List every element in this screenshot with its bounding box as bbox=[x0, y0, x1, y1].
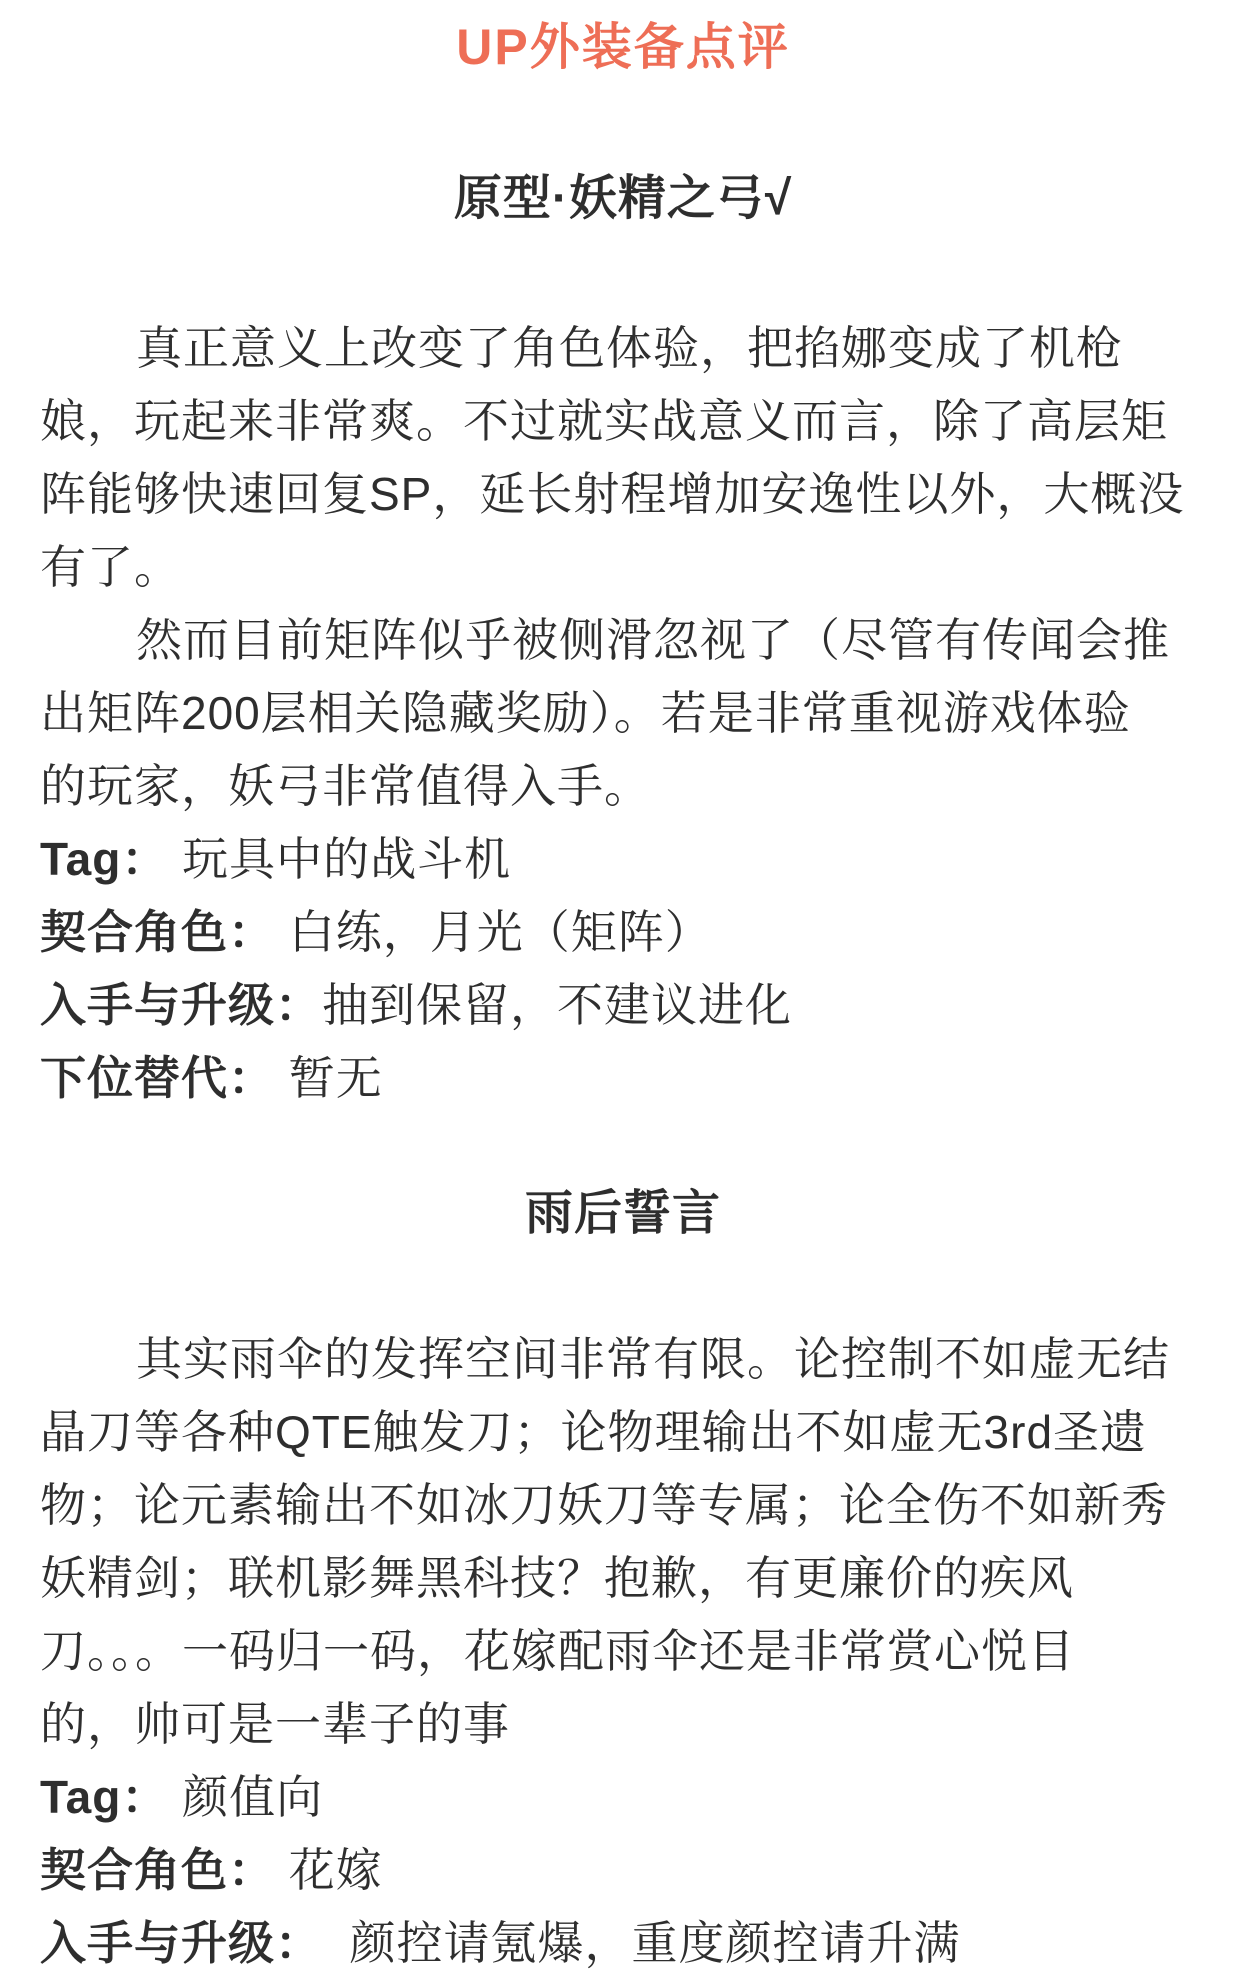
tag-value: 白练，月光（矩阵） bbox=[275, 906, 712, 958]
tag-line: 入手与升级： 颜控请氪爆，重度颜控请升满 bbox=[40, 1907, 1206, 1975]
tag-value: 颜值向 bbox=[168, 1771, 323, 1823]
section-heading: 雨后誓言 bbox=[40, 1185, 1206, 1243]
tag-line: Tag： 玩具中的战斗机 bbox=[40, 823, 1206, 896]
tag-value: 暂无 bbox=[275, 1052, 383, 1104]
tag-line: 下位替代： 暂无 bbox=[40, 1042, 1206, 1115]
section-heading: 原型·妖精之弓√ bbox=[40, 170, 1206, 228]
paragraph-line: 其实雨伞的发挥空间非常有限。论控制不如虚无结 bbox=[40, 1323, 1206, 1396]
tag-label: 契合角色： bbox=[40, 1844, 275, 1896]
tag-line: Tag： 颜值向 bbox=[40, 1761, 1206, 1834]
paragraph-line: 然而目前矩阵似乎被侧滑忽视了（尽管有传闻会推 bbox=[40, 604, 1206, 677]
tag-label: Tag： bbox=[40, 833, 168, 885]
tag-label: 契合角色： bbox=[40, 906, 275, 958]
tag-label: 下位替代： bbox=[40, 1052, 275, 1104]
tag-value: 花嫁 bbox=[275, 1844, 383, 1896]
paragraph-line: 物；论元素输出不如冰刀妖刀等专属；论全伤不如新秀 bbox=[40, 1469, 1206, 1542]
paragraph-line: 的，帅可是一辈子的事 bbox=[40, 1688, 1206, 1761]
tag-line: 契合角色： 花嫁 bbox=[40, 1834, 1206, 1907]
tag-line: 入手与升级：抽到保留，不建议进化 bbox=[40, 969, 1206, 1042]
page-title: UP外装备点评 bbox=[40, 16, 1206, 78]
paragraph-line: 的玩家，妖弓非常值得入手。 bbox=[40, 750, 1206, 823]
paragraph-line: 出矩阵200层相关隐藏奖励）。若是非常重视游戏体验 bbox=[40, 677, 1206, 750]
tag-value: 玩具中的战斗机 bbox=[168, 833, 511, 885]
section-body: 真正意义上改变了角色体验，把掐娜变成了机枪 娘，玩起来非常爽。不过就实战意义而言… bbox=[40, 312, 1206, 1115]
tag-label: 入手与升级： bbox=[40, 1917, 322, 1969]
article: UP外装备点评 原型·妖精之弓√ 真正意义上改变了角色体验，把掐娜变成了机枪 娘… bbox=[0, 16, 1242, 1975]
tag-value: 抽到保留，不建议进化 bbox=[322, 979, 792, 1031]
section-body: 其实雨伞的发挥空间非常有限。论控制不如虚无结 晶刀等各种QTE触发刀；论物理输出… bbox=[40, 1323, 1206, 1975]
paragraph-line: 娘，玩起来非常爽。不过就实战意义而言，除了高层矩 bbox=[40, 385, 1206, 458]
tag-line: 契合角色： 白练，月光（矩阵） bbox=[40, 896, 1206, 969]
tag-label: Tag： bbox=[40, 1771, 168, 1823]
paragraph-line: 晶刀等各种QTE触发刀；论物理输出不如虚无3rd圣遗 bbox=[40, 1396, 1206, 1469]
paragraph-line: 有了。 bbox=[40, 531, 1206, 604]
tag-label: 入手与升级： bbox=[40, 979, 322, 1031]
paragraph-line: 刀。。。一码归一码，花嫁配雨伞还是非常赏心悦目 bbox=[40, 1615, 1206, 1688]
paragraph-line: 真正意义上改变了角色体验，把掐娜变成了机枪 bbox=[40, 312, 1206, 385]
paragraph-line: 阵能够快速回复SP，延长射程增加安逸性以外，大概没 bbox=[40, 458, 1206, 531]
tag-value: 颜控请氪爆，重度颜控请升满 bbox=[322, 1917, 961, 1969]
paragraph-line: 妖精剑；联机影舞黑科技？抱歉，有更廉价的疾风 bbox=[40, 1542, 1206, 1615]
